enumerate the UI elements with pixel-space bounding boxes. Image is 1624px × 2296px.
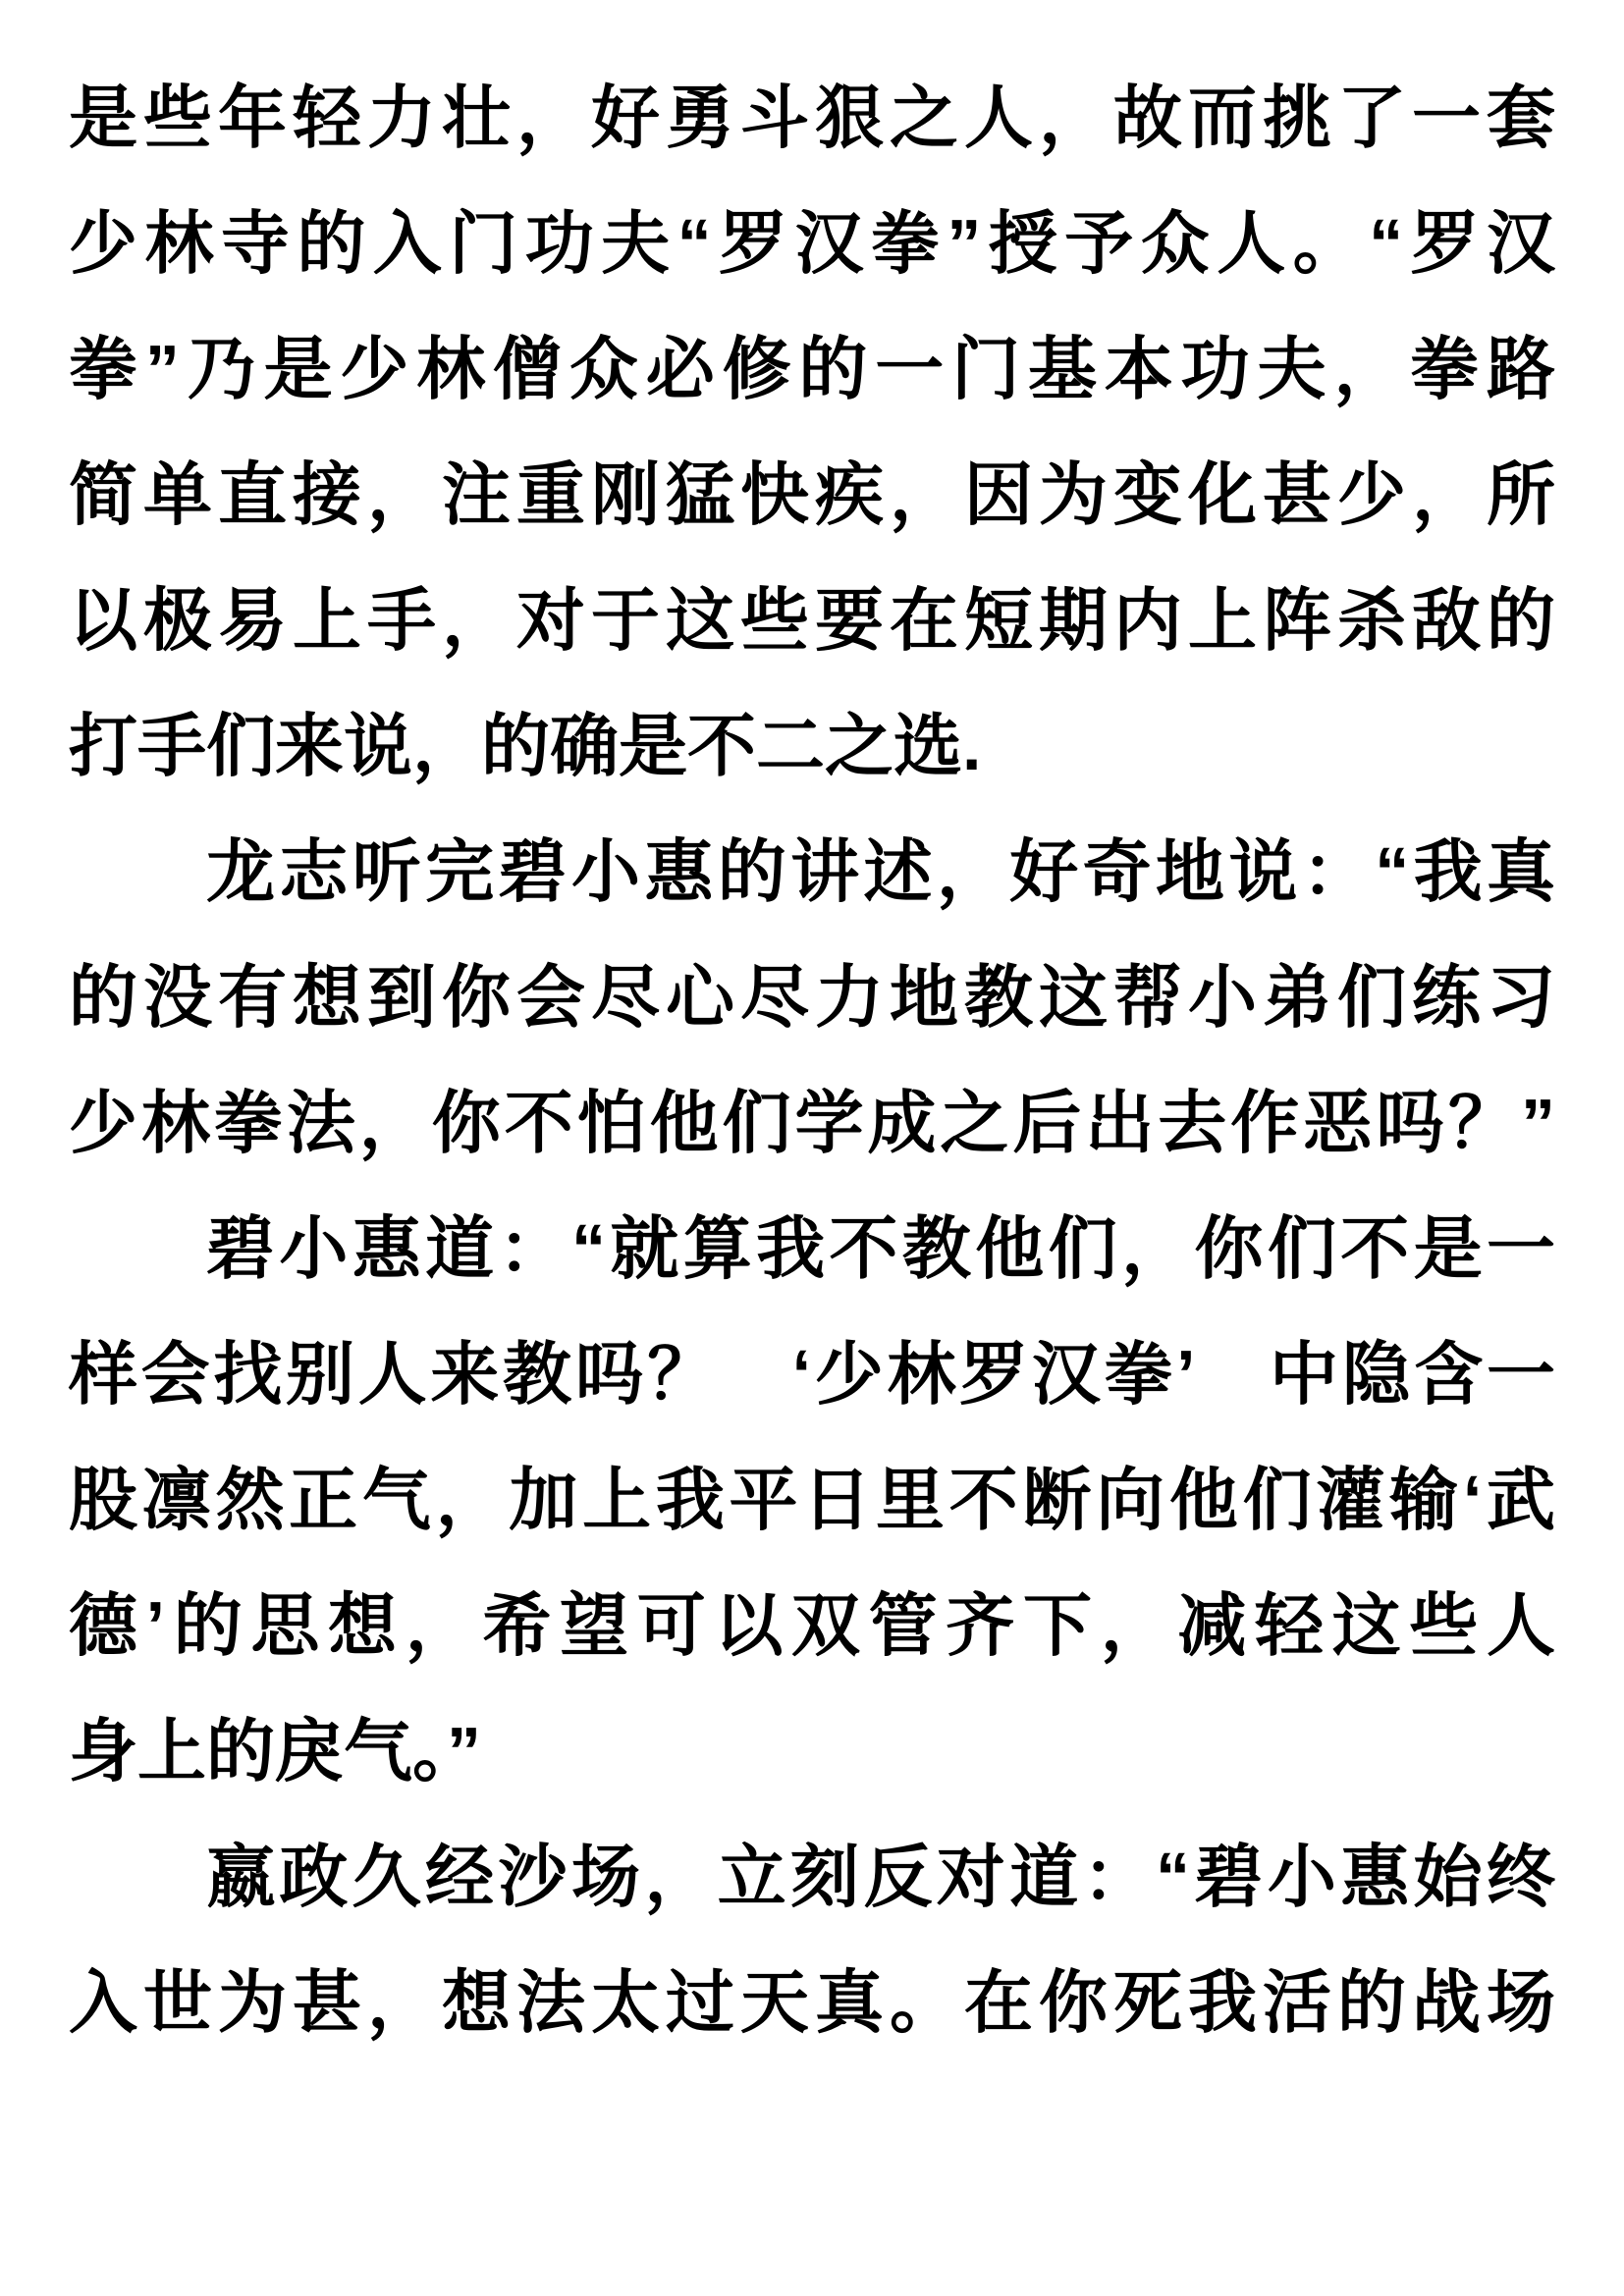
text-line: 少林寺的入门功夫“罗汉拳”授予众人。“罗汉 — [69, 181, 1555, 306]
book-page: 是些年轻力壮，好勇斗狠之人，故而挑了一套 少林寺的入门功夫“罗汉拳”授予众人。“… — [0, 0, 1624, 2296]
text-line: 德’的思想，希望可以双管齐下，减轻这些人 — [69, 1563, 1555, 1688]
paragraph: 是些年轻力壮，好勇斗狠之人，故而挑了一套 少林寺的入门功夫“罗汉拳”授予众人。“… — [69, 55, 1555, 809]
text-line: 拳”乃是少林僧众必修的一门基本功夫，拳路 — [69, 306, 1555, 432]
text-line: 以极易上手，对于这些要在短期内上阵杀敌的 — [69, 558, 1555, 683]
text-line: 龙志听完碧小惠的讲述，好奇地说：“我真 — [69, 809, 1555, 934]
text-line: 打手们来说，的确是不二之选. — [69, 683, 1555, 809]
text-line: 的没有想到你会尽心尽力地教这帮小弟们练习 — [69, 934, 1555, 1060]
text-line: 碧小惠道：“就算我不教他们，你们不是一 — [69, 1186, 1555, 1311]
paragraph: 龙志听完碧小惠的讲述，好奇地说：“我真 的没有想到你会尽心尽力地教这帮小弟们练习… — [69, 809, 1555, 1186]
text-line: 样会找别人来教吗？ ‘少林罗汉拳’ 中隐含一 — [69, 1311, 1555, 1437]
text-line: 简单直接，注重刚猛快疾，因为变化甚少，所 — [69, 432, 1555, 558]
text-line: 身上的戾气。” — [69, 1688, 1555, 1814]
text-line: 少林拳法，你不怕他们学成之后出去作恶吗？” — [69, 1060, 1555, 1186]
paragraph: 嬴政久经沙场，立刻反对道：“碧小惠始终 入世为甚，想法太过天真。在你死我活的战场 — [69, 1814, 1555, 2065]
text-line: 入世为甚，想法太过天真。在你死我活的战场 — [69, 1940, 1555, 2065]
text-line: 股凛然正气，加上我平日里不断向他们灌输‘武 — [69, 1437, 1555, 1563]
text-line: 是些年轻力壮，好勇斗狠之人，故而挑了一套 — [69, 55, 1555, 181]
text-line: 嬴政久经沙场，立刻反对道：“碧小惠始终 — [69, 1814, 1555, 1940]
paragraph: 碧小惠道：“就算我不教他们，你们不是一 样会找别人来教吗？ ‘少林罗汉拳’ 中隐… — [69, 1186, 1555, 1814]
